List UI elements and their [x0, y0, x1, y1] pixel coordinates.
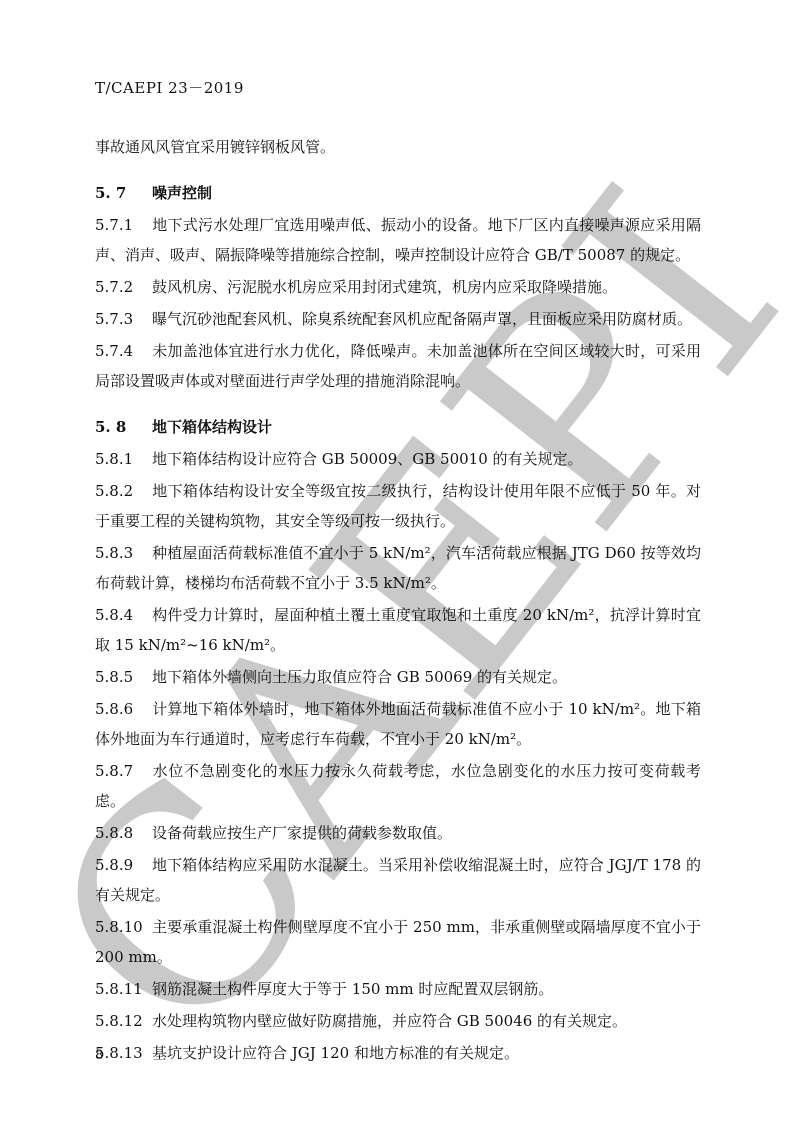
clause-number: 5.8.2	[95, 476, 152, 506]
clause-number: 5.8.6	[95, 694, 152, 724]
section-title: 噪声控制	[152, 184, 212, 202]
clause-paragraph: 5.8.12水处理构筑物内壁应做好防腐措施，并应符合 GB 50046 的有关规…	[95, 1006, 701, 1036]
clause-number: 5.8.4	[95, 600, 152, 630]
clause-paragraph: 5.8.11钢筋混凝土构件厚度大于等于 150 mm 时应配置双层钢筋。	[95, 974, 701, 1004]
clause-text: 水位不急剧变化的水压力按永久荷载考虑，水位急剧变化的水压力按可变荷载考虑。	[95, 762, 701, 810]
clause-number: 5.8.13	[95, 1038, 152, 1068]
clause-number: 5.7.4	[95, 336, 152, 366]
clause-text: 地下式污水处理厂宜选用噪声低、振动小的设备。地下厂区内直接噪声源应采用隔声、消声…	[95, 216, 701, 264]
clause-paragraph: 5.8.9地下箱体结构应采用防水混凝土。当采用补偿收缩混凝土时，应符合 JGJ/…	[95, 850, 701, 910]
clause-paragraph: 5.8.1地下箱体结构设计应符合 GB 50009、GB 50010 的有关规定…	[95, 444, 701, 474]
section-heading: 5. 8地下箱体结构设计	[95, 412, 701, 442]
clause-number: 5.7.3	[95, 304, 152, 334]
clause-paragraph: 5.7.3曝气沉砂池配套风机、除臭系统配套风机应配备隔声罩，且面板应采用防腐材质…	[95, 304, 701, 334]
clause-paragraph: 5.8.4构件受力计算时，屋面种植土覆土重度宜取饱和土重度 20 kN/m²，抗…	[95, 600, 701, 660]
clause-paragraph: 5.7.1地下式污水处理厂宜选用噪声低、振动小的设备。地下厂区内直接噪声源应采用…	[95, 210, 701, 270]
clause-number: 5.8.11	[95, 974, 152, 1004]
clause-number: 5.8.1	[95, 444, 152, 474]
clause-number: 5.8.8	[95, 818, 152, 848]
clause-text: 水处理构筑物内壁应做好防腐措施，并应符合 GB 50046 的有关规定。	[152, 1012, 627, 1030]
clause-number: 5.8.10	[95, 912, 152, 942]
clause-paragraph: 5.8.8设备荷载应按生产厂家提供的荷载参数取值。	[95, 818, 701, 848]
intro-paragraph: 事故通风风管宜采用镀锌钢板风管。	[95, 132, 701, 162]
clause-text: 地下箱体外墙侧向土压力取值应符合 GB 50069 的有关规定。	[152, 668, 567, 686]
clause-text: 钢筋混凝土构件厚度大于等于 150 mm 时应配置双层钢筋。	[152, 980, 553, 998]
document-content: T/CAEPI 23－2019 事故通风风管宜采用镀锌钢板风管。 5. 7噪声控…	[95, 78, 701, 1070]
clause-text: 构件受力计算时，屋面种植土覆土重度宜取饱和土重度 20 kN/m²，抗浮计算时宜…	[95, 606, 701, 654]
clause-paragraph: 5.8.10主要承重混凝土构件侧壁厚度不宜小于 250 mm，非承重侧壁或隔墙厚…	[95, 912, 701, 972]
clause-paragraph: 5.8.13基坑支护设计应符合 JGJ 120 和地方标准的有关规定。	[95, 1038, 701, 1068]
clause-paragraph: 5.8.6计算地下箱体外墙时，地下箱体外地面活荷载标准值不应小于 10 kN/m…	[95, 694, 701, 754]
clause-text: 未加盖池体宜进行水力优化，降低噪声。未加盖池体所在空间区域较大时，可采用局部设置…	[95, 342, 701, 390]
section-title: 地下箱体结构设计	[152, 418, 272, 436]
clause-text: 鼓风机房、污泥脱水机房应采用封闭式建筑，机房内应采取降噪措施。	[152, 278, 617, 296]
clause-text: 种植屋面活荷载标准值不宜小于 5 kN/m²，汽车活荷载应根据 JTG D60 …	[95, 544, 701, 592]
clause-number: 5.8.3	[95, 538, 152, 568]
clause-number: 5.7.2	[95, 272, 152, 302]
clause-number: 5.8.12	[95, 1006, 152, 1036]
clause-number: 5. 8	[95, 412, 152, 442]
clause-text: 基坑支护设计应符合 JGJ 120 和地方标准的有关规定。	[152, 1044, 519, 1062]
clause-paragraph: 5.8.2地下箱体结构设计安全等级宜按二级执行，结构设计使用年限不应低于 50 …	[95, 476, 701, 536]
page-number: 8	[95, 1048, 103, 1063]
document-page: CAEPI T/CAEPI 23－2019 事故通风风管宜采用镀锌钢板风管。 5…	[0, 0, 794, 1123]
clause-paragraph: 5.8.3种植屋面活荷载标准值不宜小于 5 kN/m²，汽车活荷载应根据 JTG…	[95, 538, 701, 598]
section-heading: 5. 7噪声控制	[95, 178, 701, 208]
clause-paragraph: 5.8.5地下箱体外墙侧向土压力取值应符合 GB 50069 的有关规定。	[95, 662, 701, 692]
clause-text: 曝气沉砂池配套风机、除臭系统配套风机应配备隔声罩，且面板应采用防腐材质。	[152, 310, 692, 328]
clause-text: 地下箱体结构应采用防水混凝土。当采用补偿收缩混凝土时，应符合 JGJ/T 178…	[95, 856, 701, 904]
clause-number: 5.7.1	[95, 210, 152, 240]
standard-number-header: T/CAEPI 23－2019	[95, 78, 701, 98]
clauses-container: 5. 7噪声控制5.7.1地下式污水处理厂宜选用噪声低、振动小的设备。地下厂区内…	[95, 178, 701, 1068]
clause-text: 地下箱体结构设计应符合 GB 50009、GB 50010 的有关规定。	[152, 450, 583, 468]
clause-paragraph: 5.8.7水位不急剧变化的水压力按永久荷载考虑，水位急剧变化的水压力按可变荷载考…	[95, 756, 701, 816]
clause-paragraph: 5.7.2鼓风机房、污泥脱水机房应采用封闭式建筑，机房内应采取降噪措施。	[95, 272, 701, 302]
clause-number: 5.8.7	[95, 756, 152, 786]
clause-text: 设备荷载应按生产厂家提供的荷载参数取值。	[152, 824, 452, 842]
clause-number: 5.8.9	[95, 850, 152, 880]
clause-paragraph: 5.7.4未加盖池体宜进行水力优化，降低噪声。未加盖池体所在空间区域较大时，可采…	[95, 336, 701, 396]
clause-number: 5. 7	[95, 178, 152, 208]
clause-text: 计算地下箱体外墙时，地下箱体外地面活荷载标准值不应小于 10 kN/m²。地下箱…	[95, 700, 701, 748]
document-body: 事故通风风管宜采用镀锌钢板风管。 5. 7噪声控制5.7.1地下式污水处理厂宜选…	[95, 132, 701, 1068]
clause-text: 主要承重混凝土构件侧壁厚度不宜小于 250 mm，非承重侧壁或隔墙厚度不宜小于 …	[95, 918, 701, 966]
clause-text: 地下箱体结构设计安全等级宜按二级执行，结构设计使用年限不应低于 50 年。对于重…	[95, 482, 701, 530]
clause-number: 5.8.5	[95, 662, 152, 692]
